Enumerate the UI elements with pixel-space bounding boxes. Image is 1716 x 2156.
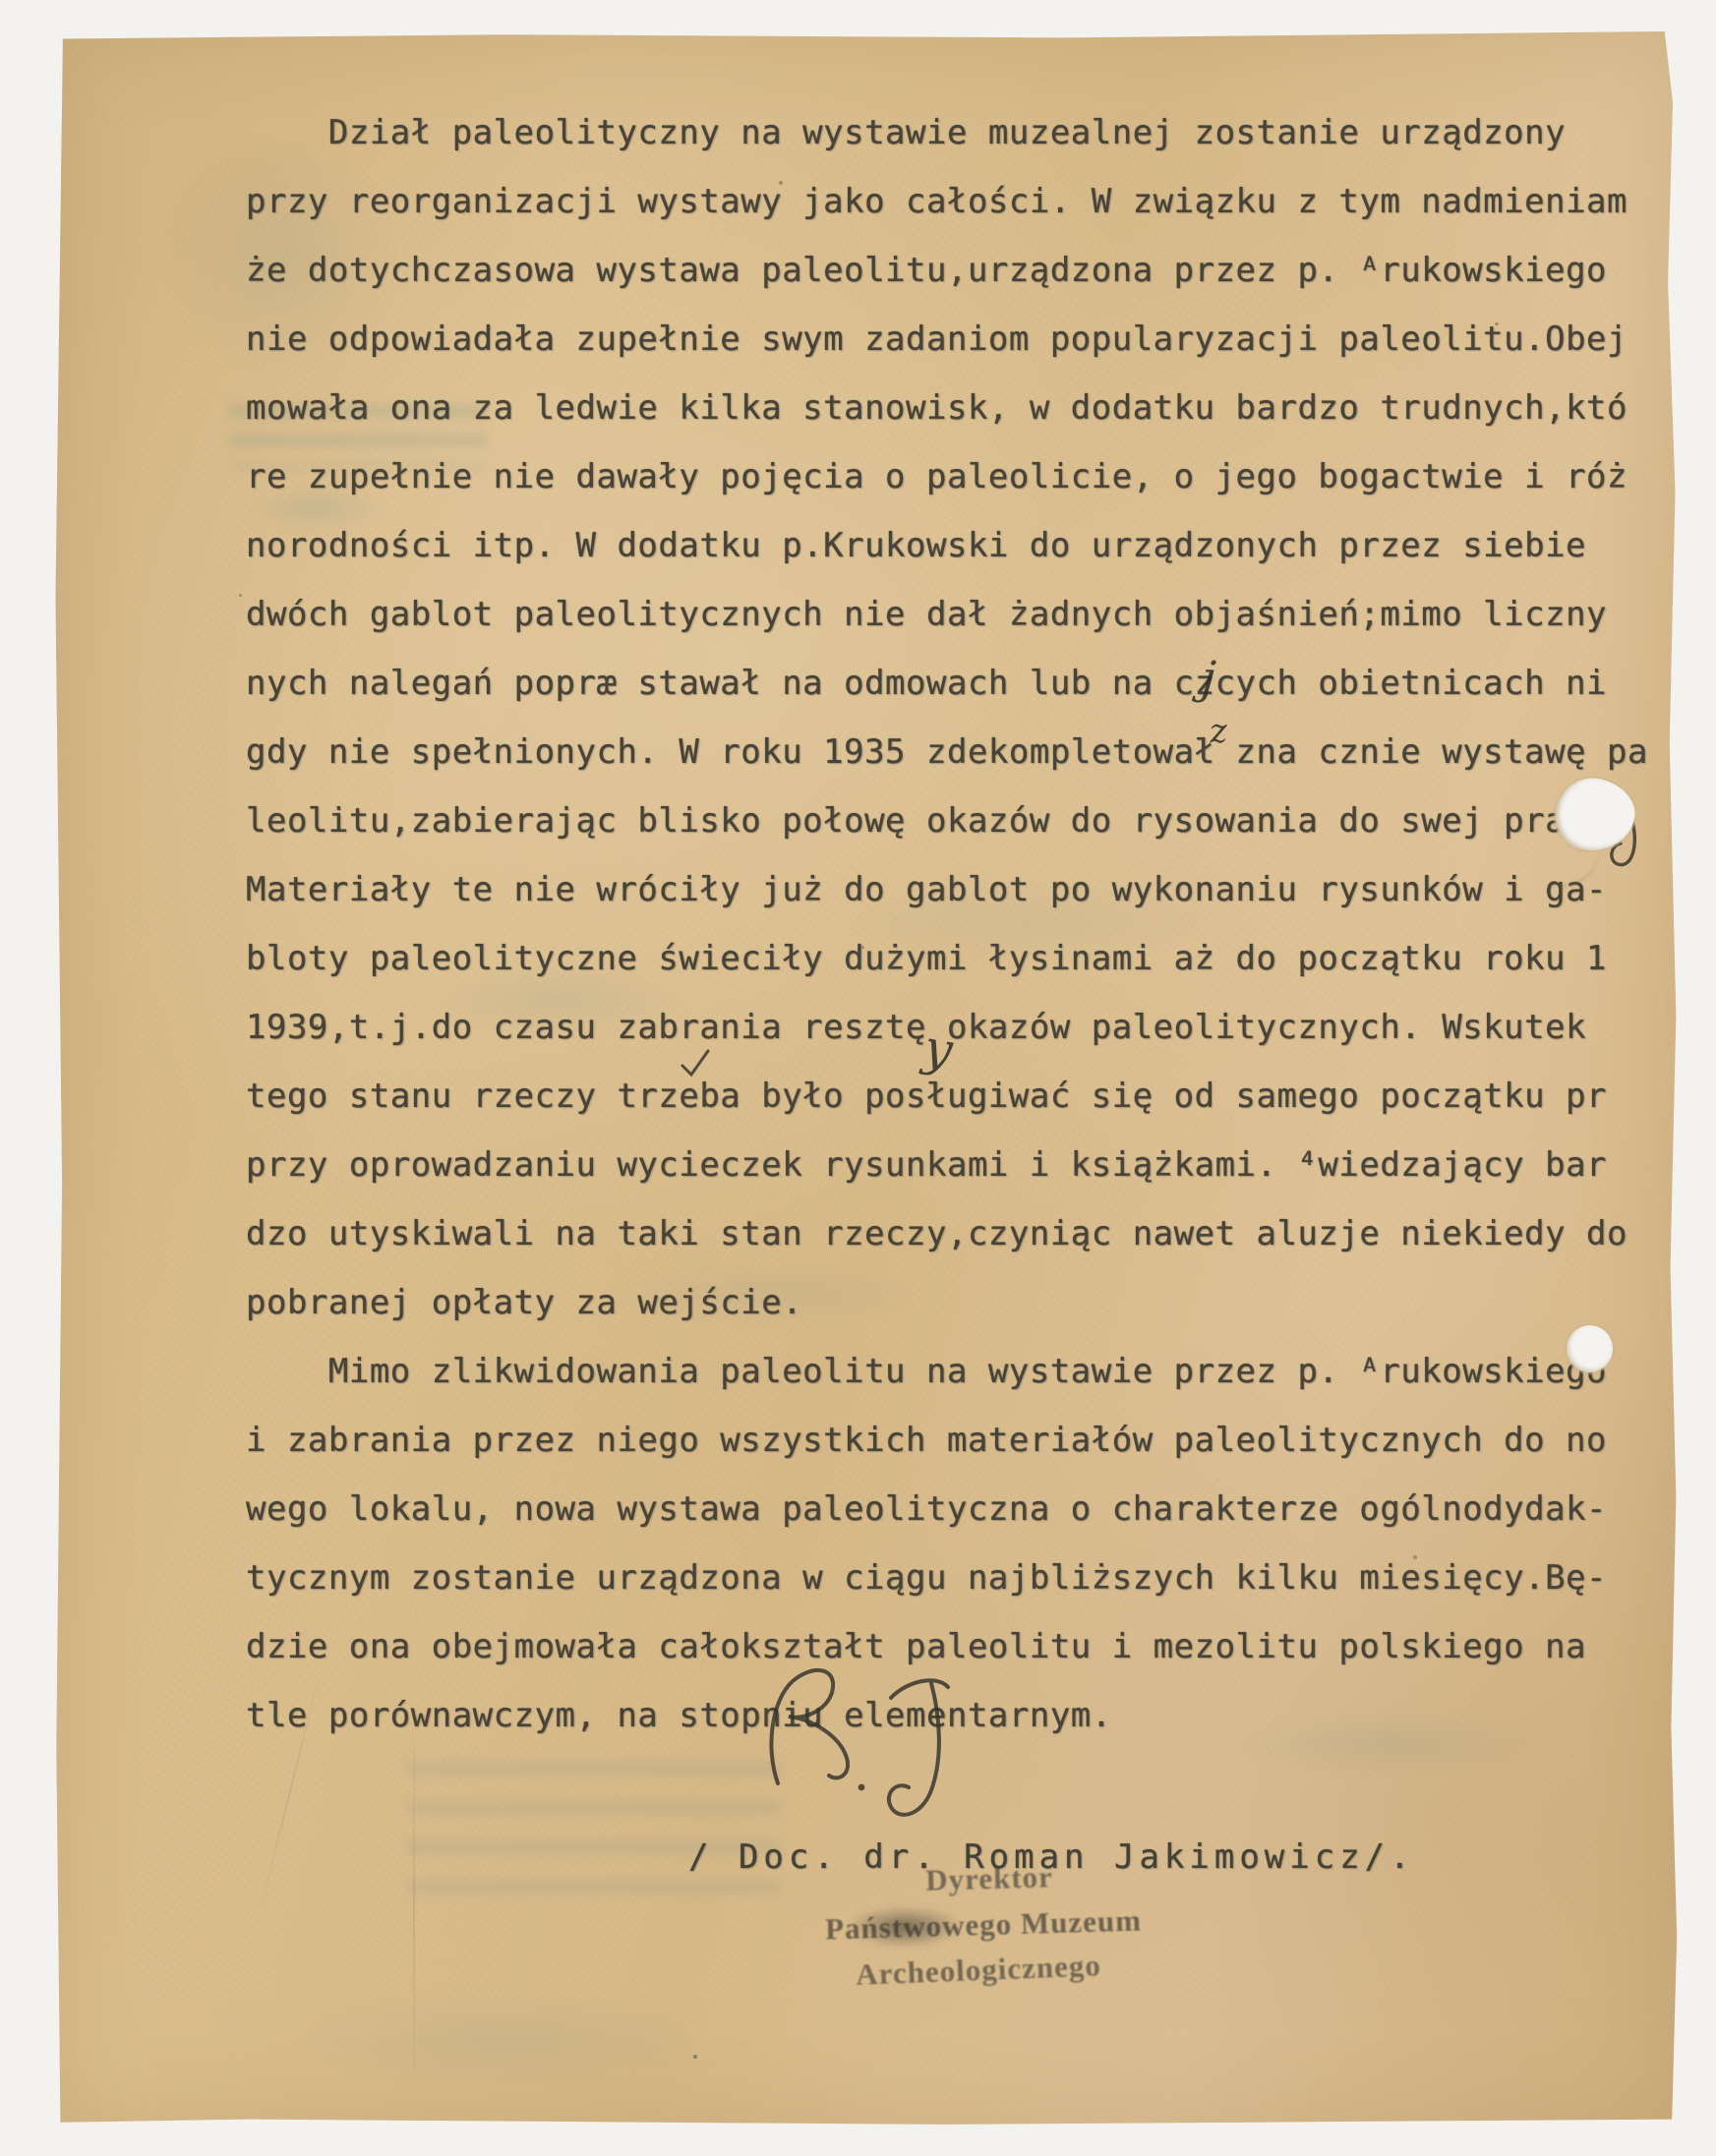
ink-tick-mark — [682, 1051, 708, 1075]
typed-line: pobranej opłaty za wejście. — [246, 1286, 802, 1319]
stamp-title-line: Dyrektor — [925, 1859, 1054, 1898]
typed-line: gdy nie spełnionych. W roku 1935 zdekomp… — [246, 735, 1648, 769]
typed-line: i zabrania przez niego wszystkich materi… — [246, 1424, 1607, 1457]
typed-line: Dział paleolityczny na wystawie muzealne… — [246, 116, 1566, 149]
scanned-document-page: { "document": { "kind": "typewritten let… — [0, 0, 1716, 2156]
typed-line: nych nalegań popræ stawał na odmowach lu… — [246, 667, 1607, 700]
typed-line: tego stanu rzeczy trzeba było posługiwać… — [246, 1079, 1607, 1113]
paper-crease — [413, 1703, 415, 2116]
typed-line: bloty paleolityczne świeciły dużymi łysi… — [246, 942, 1607, 975]
typed-line: dzo utyskiwali na taki stan rzeczy,czyni… — [246, 1217, 1627, 1251]
typed-line: norodności itp. W dodatku p.Krukowski do… — [246, 529, 1586, 562]
paper-speck — [779, 181, 783, 185]
typed-line: re zupełnie nie dawały pojęcia o paleoli… — [246, 460, 1627, 494]
typed-line: Materiały te nie wróciły już do gablot p… — [246, 873, 1607, 906]
typed-line: leolitu,zabierając blisko połowę okazów … — [246, 804, 1607, 838]
signature-period — [858, 1784, 865, 1791]
typed-line: że dotychczasowa wystawa paleolitu,urząd… — [246, 254, 1607, 287]
handwritten-correction-z: z — [1209, 712, 1228, 752]
typed-line: dzie ona obejmowała całokształt paleolit… — [246, 1630, 1586, 1663]
bleed-through-smudge — [289, 1993, 712, 2086]
typed-line: Mimo zlikwidowania paleolitu na wystawie… — [246, 1355, 1607, 1388]
typed-line: dwóch gablot paleolitycznych nie dał żad… — [246, 598, 1607, 631]
stamp-ink-smudge — [846, 1905, 964, 1949]
typed-line: przy reorganizacji wystawy jako całości.… — [246, 185, 1627, 218]
stamp-institution-line2: Archeologicznego — [856, 1948, 1102, 1993]
typed-line: tycznym zostanie urządzona w ciągu najbl… — [246, 1561, 1607, 1595]
typed-line: mowała ona za ledwie kilka stanowisk, w … — [246, 391, 1627, 425]
paper-speck — [239, 594, 242, 597]
typed-line: tle porównawczym, na stopniu elementarny… — [246, 1699, 1112, 1732]
paper-speck — [1495, 322, 1499, 325]
typed-line: 1939,t.j.do czasu zabrania resztę okazów… — [246, 1011, 1586, 1044]
typed-line: wego lokalu, nowa wystawa paleolityczna … — [246, 1492, 1607, 1526]
paper-speck — [1413, 1555, 1417, 1559]
typed-line: nie odpowiadała zupełnie swym zadaniom p… — [246, 322, 1627, 356]
paper-speck — [693, 2055, 697, 2059]
bleed-through-smudge — [1233, 1713, 1538, 1776]
paper-sheet: Dział paleolityczny na wystawie muzealne… — [53, 31, 1678, 2126]
punch-hole — [1567, 1325, 1613, 1372]
paper-speck — [315, 1024, 319, 1028]
typed-line: przy oprowadzaniu wycieczek rysunkami i … — [246, 1148, 1607, 1182]
paper-speck — [861, 946, 864, 949]
